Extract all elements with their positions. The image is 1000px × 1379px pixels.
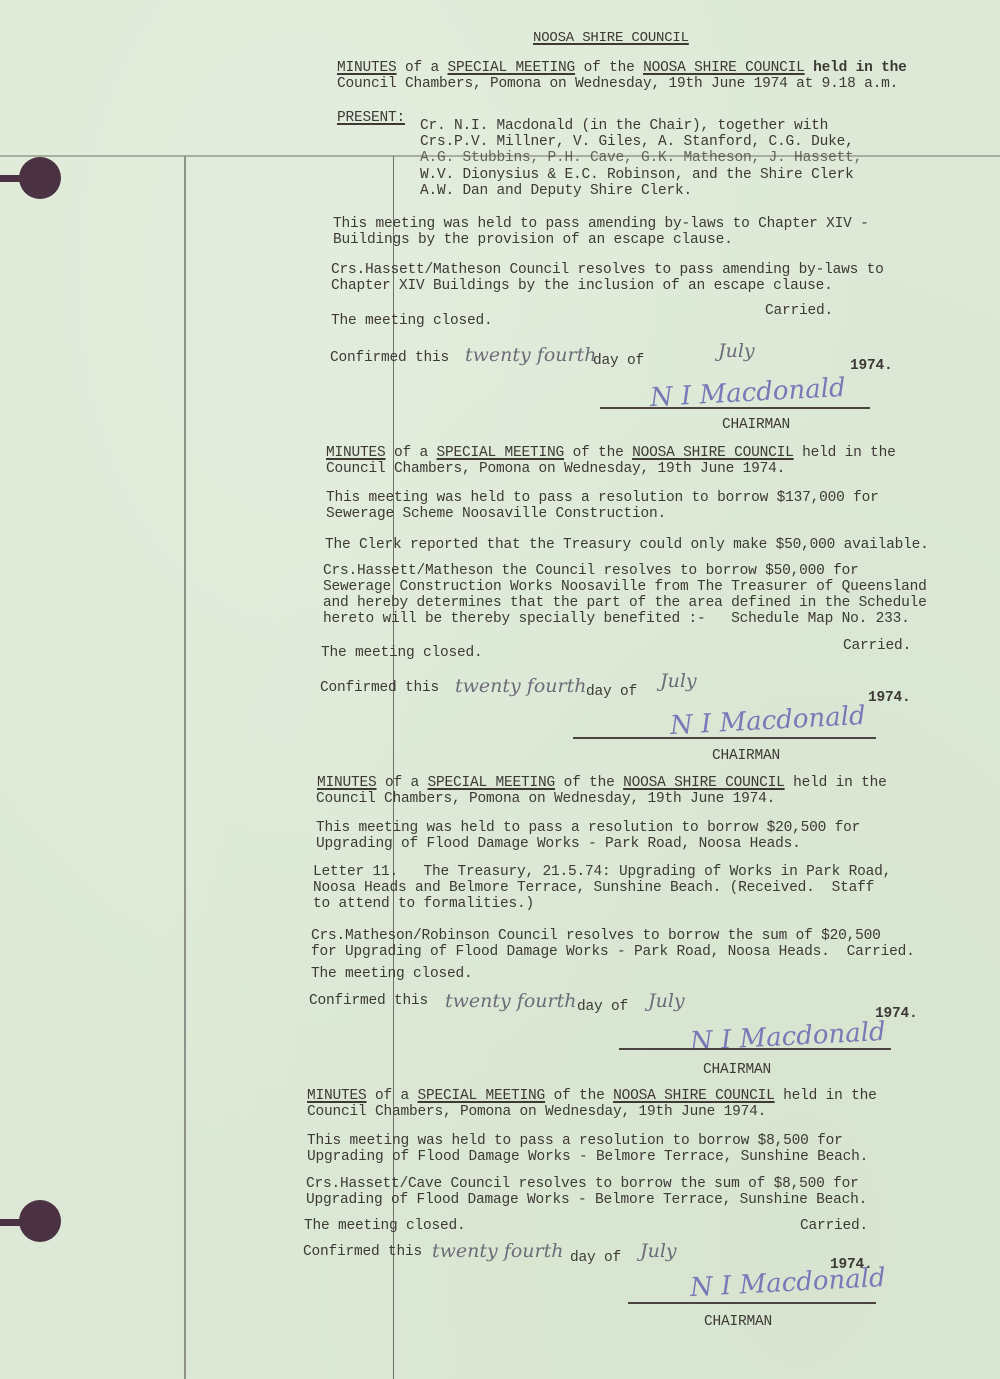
paragraph-line: This meeting was held to pass amending b… <box>333 216 869 233</box>
handwritten-day: twenty fourth <box>445 990 576 1012</box>
meeting-location: Council Chambers, Pomona on Wednesday, 1… <box>337 76 898 93</box>
binding-hole <box>19 157 61 199</box>
meeting-closed: The meeting closed. <box>311 966 473 983</box>
handwritten-day: twenty fourth <box>455 675 586 697</box>
day-of-label: day of <box>570 1250 621 1267</box>
chairman-label: CHAIRMAN <box>722 417 790 434</box>
year-label: 1974. <box>868 690 911 707</box>
paragraph-line: to attend to formalities.) <box>313 896 534 913</box>
paragraph-line: hereto will be thereby specially benefit… <box>323 611 910 628</box>
meeting-heading: MINUTES of a SPECIAL MEETING of the NOOS… <box>307 1088 877 1105</box>
paragraph-line: Sewerage Construction Works Noosaville f… <box>323 579 927 596</box>
carried-label: Carried. <box>765 303 833 320</box>
paragraph-line: This meeting was held to pass a resoluti… <box>326 490 879 507</box>
signature-line <box>573 737 876 739</box>
paragraph-line: Sewerage Scheme Noosaville Construction. <box>326 506 666 523</box>
paragraph-line: Letter 11. The Treasury, 21.5.74: Upgrad… <box>313 864 891 881</box>
chairman-label: CHAIRMAN <box>703 1062 771 1079</box>
paragraph-line: Crs.Hassett/Matheson the Council resolve… <box>323 563 859 580</box>
meeting-closed: The meeting closed. <box>304 1218 466 1235</box>
binding-hole <box>19 1200 61 1242</box>
day-of-label: day of <box>593 353 644 370</box>
paragraph-line: Crs.Hassett/Matheson Council resolves to… <box>331 262 884 279</box>
paragraph-line: Upgrading of Flood Damage Works - Belmor… <box>307 1149 868 1166</box>
carried-label: Carried. <box>800 1218 868 1235</box>
confirmed-label: Confirmed this <box>303 1244 422 1261</box>
chairman-label: CHAIRMAN <box>704 1314 772 1331</box>
confirmed-label: Confirmed this <box>320 680 439 697</box>
signature-line <box>600 407 870 409</box>
day-of-label: day of <box>577 999 628 1016</box>
meeting-location: Council Chambers, Pomona on Wednesday, 1… <box>316 791 775 808</box>
paragraph-line: Noosa Heads and Belmore Terrace, Sunshin… <box>313 880 874 897</box>
handwritten-month: July <box>640 1240 677 1262</box>
paragraph-line: Chapter XIV Buildings by the inclusion o… <box>331 278 833 295</box>
paragraph-line: Upgrading of Flood Damage Works - Park R… <box>316 836 801 853</box>
meeting-heading: MINUTES of a SPECIAL MEETING of the NOOS… <box>317 775 887 792</box>
signature-line <box>619 1048 891 1050</box>
attendee-line: Crs.P.V. Millner, V. Giles, A. Stanford,… <box>420 134 854 151</box>
document-title: NOOSA SHIRE COUNCIL <box>533 30 689 47</box>
meeting-closed: The meeting closed. <box>321 645 483 662</box>
present-label: PRESENT: <box>337 110 405 127</box>
day-of-label: day of <box>586 684 637 701</box>
handwritten-month: July <box>718 340 755 362</box>
meeting-location: Council Chambers, Pomona on Wednesday, 1… <box>326 461 785 478</box>
handwritten-day: twenty fourth <box>432 1240 563 1262</box>
attendee-line: A.G. Stubbins, P.H. Cave, G.K. Matheson,… <box>420 150 862 167</box>
signature-line <box>628 1302 876 1304</box>
paragraph-line: This meeting was held to pass a resoluti… <box>307 1133 843 1150</box>
paragraph-line: This meeting was held to pass a resoluti… <box>316 820 860 837</box>
meeting-location: Council Chambers, Pomona on Wednesday, 1… <box>307 1104 766 1121</box>
confirmed-label: Confirmed this <box>330 350 449 367</box>
confirmed-label: Confirmed this <box>309 993 428 1010</box>
margin-rule-left <box>184 156 186 1379</box>
paragraph-line: Buildings by the provision of an escape … <box>333 232 733 249</box>
year-label: 1974. <box>850 358 893 375</box>
meeting-closed: The meeting closed. <box>331 313 493 330</box>
paragraph-line: The Clerk reported that the Treasury cou… <box>325 537 929 554</box>
handwritten-day: twenty fourth <box>465 344 596 366</box>
paragraph-line: Crs.Hassett/Cave Council resolves to bor… <box>306 1176 859 1193</box>
meeting-heading: MINUTES of a SPECIAL MEETING of the NOOS… <box>337 60 907 77</box>
chairman-label: CHAIRMAN <box>712 748 780 765</box>
paragraph-line: for Upgrading of Flood Damage Works - Pa… <box>311 944 915 961</box>
handwritten-month: July <box>660 670 697 692</box>
paragraph-line: and hereby determines that the part of t… <box>323 595 927 612</box>
attendee-line: W.V. Dionysius & E.C. Robinson, and the … <box>420 167 854 184</box>
paragraph-line: Crs.Matheson/Robinson Council resolves t… <box>311 928 881 945</box>
meeting-heading: MINUTES of a SPECIAL MEETING of the NOOS… <box>326 445 896 462</box>
attendee-line: Cr. N.I. Macdonald (in the Chair), toget… <box>420 118 828 135</box>
handwritten-month: July <box>648 990 685 1012</box>
attendee-line: A.W. Dan and Deputy Shire Clerk. <box>420 183 692 200</box>
paragraph-line: Upgrading of Flood Damage Works - Belmor… <box>306 1192 867 1209</box>
carried-label: Carried. <box>843 638 911 655</box>
